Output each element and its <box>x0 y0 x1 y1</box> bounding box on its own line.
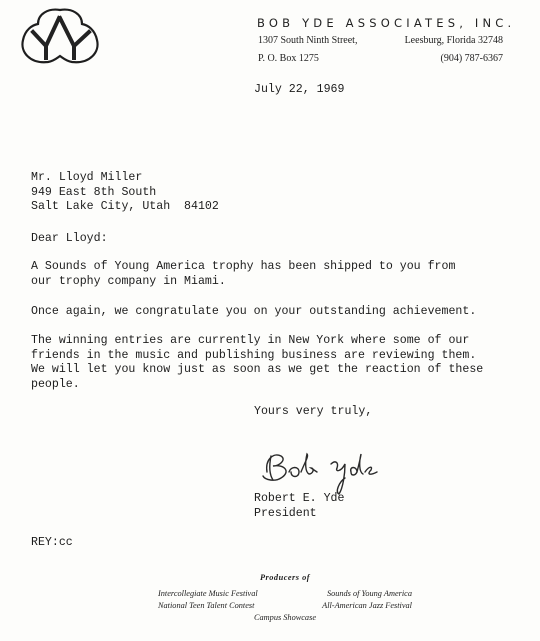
recipient-city: Salt Lake City, Utah 84102 <box>31 200 219 215</box>
letterhead-contact: P. O. Box 1275 (904) 787-6367 <box>258 53 503 64</box>
city-state-zip: Leesburg, Florida 32748 <box>405 35 503 46</box>
company-name: BOB YDE ASSOCIATES, INC. <box>257 16 507 30</box>
signer-block: Robert E. YdePresident <box>254 492 344 521</box>
footer-event: Sounds of Young America <box>327 588 412 600</box>
footer-event: Campus Showcase <box>140 612 430 624</box>
footer-event: Intercollegiate Music Festival <box>158 588 258 600</box>
footer-row-1: Intercollegiate Music Festival Sounds of… <box>140 588 430 600</box>
paragraph-1: A Sounds of Young America trophy has bee… <box>31 260 455 289</box>
paragraph-3: The winning entries are currently in New… <box>31 334 483 392</box>
recipient-address: Mr. Lloyd Miller949 East 8th SouthSalt L… <box>31 171 219 215</box>
closing: Yours very truly, <box>254 405 372 420</box>
footer-event: National Teen Talent Contest <box>158 600 254 612</box>
letter-date: July 22, 1969 <box>254 83 344 98</box>
signer-name: Robert E. Yde <box>254 492 344 507</box>
footer-row-2: National Teen Talent Contest All-America… <box>140 600 430 612</box>
footer-event: All-American Jazz Festival <box>322 600 412 612</box>
phone-number: (904) 787-6367 <box>441 53 504 64</box>
yy-monogram-logo-icon <box>18 4 102 66</box>
reference-initials: REY:cc <box>31 536 73 551</box>
paragraph-2: Once again, we congratulate you on your … <box>31 305 476 320</box>
letterhead-footer: Producers of Intercollegiate Music Festi… <box>140 573 430 624</box>
street-address: 1307 South Ninth Street, <box>258 35 357 46</box>
po-box: P. O. Box 1275 <box>258 53 319 64</box>
salutation: Dear Lloyd: <box>31 232 108 247</box>
recipient-street: 949 East 8th South <box>31 186 219 201</box>
signer-title: President <box>254 507 344 522</box>
footer-heading: Producers of <box>140 573 430 582</box>
letterhead-address: 1307 South Ninth Street, Leesburg, Flori… <box>258 35 503 46</box>
recipient-name: Mr. Lloyd Miller <box>31 171 219 186</box>
